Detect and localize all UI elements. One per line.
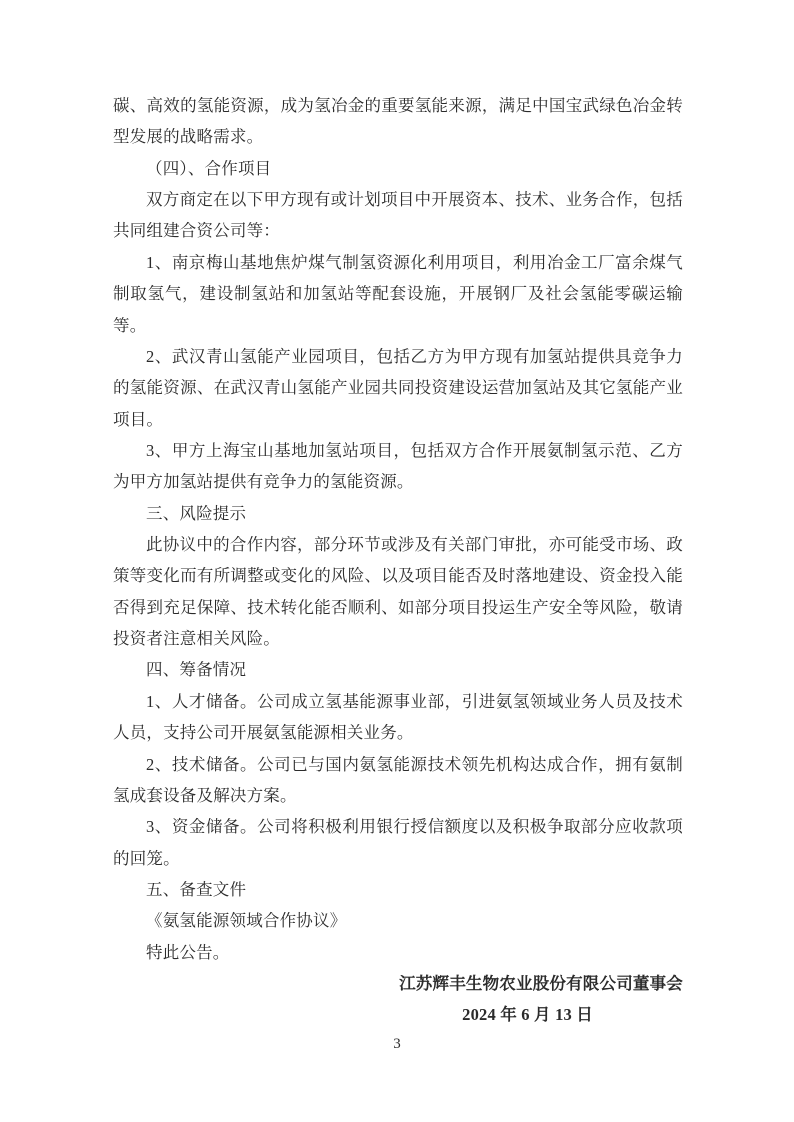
- section-heading: （四）、合作项目: [113, 153, 683, 184]
- paragraph: 2、武汉青山氢能产业园项目，包括乙方为甲方现有加氢站提供具竞争力的氢能资源、在武…: [113, 341, 683, 435]
- paragraph: 此协议中的合作内容，部分环节或涉及有关部门审批，亦可能受市场、政策等变化而有所调…: [113, 529, 683, 654]
- paragraph: 1、人才储备。公司成立氢基能源事业部，引进氨氢领域业务人员及技术人员，支持公司开…: [113, 686, 683, 749]
- signature-company: 江苏辉丰生物农业股份有限公司董事会: [113, 968, 683, 999]
- paragraph: 《氨氢能源领域合作协议》: [113, 905, 683, 936]
- paragraph: 3、甲方上海宝山基地加氢站项目，包括双方合作开展氨制氢示范、乙方为甲方加氢站提供…: [113, 435, 683, 498]
- document-body: 碳、高效的氢能资源，成为氢冶金的重要氢能来源，满足中国宝武绿色冶金转型发展的战略…: [113, 90, 683, 1031]
- section-heading: 四、筹备情况: [113, 654, 683, 685]
- document-page: 碳、高效的氢能资源，成为氢冶金的重要氢能来源，满足中国宝武绿色冶金转型发展的战略…: [0, 0, 794, 1122]
- section-heading: 五、备查文件: [113, 874, 683, 905]
- signature-date: 2024 年 6 月 13 日: [113, 999, 683, 1030]
- paragraph: 1、南京梅山基地焦炉煤气制氢资源化利用项目，利用冶金工厂富余煤气制取氢气，建设制…: [113, 247, 683, 341]
- paragraph: 2、技术储备。公司已与国内氨氢能源技术领先机构达成合作，拥有氨制氢成套设备及解决…: [113, 749, 683, 812]
- paragraph: 特此公告。: [113, 937, 683, 968]
- paragraph: 3、资金储备。公司将积极利用银行授信额度以及积极争取部分应收款项的回笼。: [113, 811, 683, 874]
- section-heading: 三、风险提示: [113, 498, 683, 529]
- paragraph: 碳、高效的氢能资源，成为氢冶金的重要氢能来源，满足中国宝武绿色冶金转型发展的战略…: [113, 90, 683, 153]
- page-number: 3: [0, 1036, 794, 1053]
- paragraph: 双方商定在以下甲方现有或计划项目中开展资本、技术、业务合作，包括共同组建合资公司…: [113, 184, 683, 247]
